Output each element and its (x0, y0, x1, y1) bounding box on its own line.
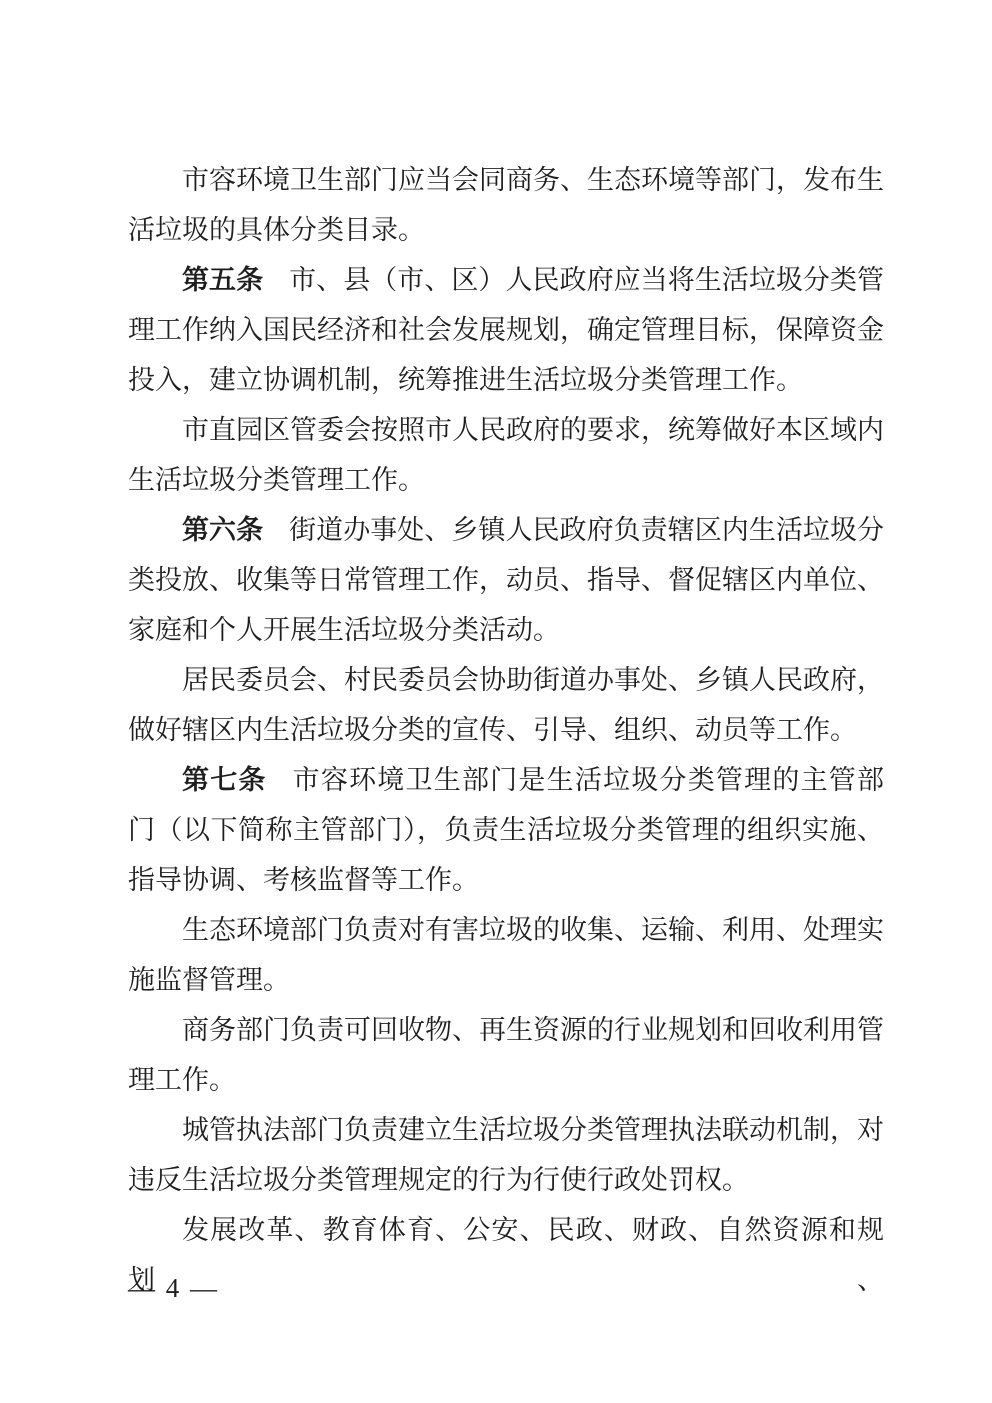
line-text: 投入，建立协调机制，统筹推进生活垃圾分类管理工作。 (128, 365, 803, 395)
line-text: 活垃圾的具体分类目录。 (128, 215, 425, 245)
text-line: 居民委员会、村民委员会协助街道办事处、乡镇人民政府， (128, 655, 884, 705)
text-line: 家庭和个人开展生活垃圾分类活动。 (128, 605, 884, 655)
document-body: 市容环境卫生部门应当会同商务、生态环境等部门，发布生 活垃圾的具体分类目录。 第… (128, 155, 884, 1255)
line-text: 理工作纳入国民经济和社会发展规划，确定管理目标，保障资金 (128, 315, 884, 345)
article-number: 第七条 (182, 765, 267, 795)
line-text: 理工作。 (128, 1065, 236, 1095)
line-text: 市直园区管委会按照市人民政府的要求，统筹做好本区域内 (182, 415, 884, 445)
line-text: 类投放、收集等日常管理工作，动员、指导、督促辖区内单位、 (128, 565, 884, 595)
article-number: 第六条 (182, 515, 263, 545)
text-line: 违反生活垃圾分类管理规定的行为行使行政处罚权。 (128, 1155, 884, 1205)
text-line: 市直园区管委会按照市人民政府的要求，统筹做好本区域内 (128, 405, 884, 455)
text-line: 门（以下简称主管部门），负责生活垃圾分类管理的组织实施、 (128, 805, 884, 855)
line-text: 施监督管理。 (128, 965, 290, 995)
line-text: 家庭和个人开展生活垃圾分类活动。 (128, 615, 560, 645)
line-text: 商务部门负责可回收物、再生资源的行业规划和回收利用管 (182, 1015, 884, 1045)
text-line: 理工作。 (128, 1055, 884, 1105)
line-text: 做好辖区内生活垃圾分类的宣传、引导、组织、动员等工作。 (128, 715, 857, 745)
text-line: 类投放、收集等日常管理工作，动员、指导、督促辖区内单位、 (128, 555, 884, 605)
line-text: 指导协调、考核监督等工作。 (128, 865, 479, 895)
line-text: 发展改革、教育体育、公安、民政、财政、自然资源和规划、 (128, 1215, 884, 1295)
line-text: 违反生活垃圾分类管理规定的行为行使行政处罚权。 (128, 1165, 749, 1195)
text-line: 商务部门负责可回收物、再生资源的行业规划和回收利用管 (128, 1005, 884, 1055)
text-line: 施监督管理。 (128, 955, 884, 1005)
text-line: 第六条街道办事处、乡镇人民政府负责辖区内生活垃圾分 (128, 505, 884, 555)
line-text: 门（以下简称主管部门），负责生活垃圾分类管理的组织实施、 (128, 815, 884, 845)
line-text: 市容环境卫生部门是生活垃圾分类管理的主管部 (293, 765, 884, 795)
line-text: 街道办事处、乡镇人民政府负责辖区内生活垃圾分 (289, 515, 884, 545)
text-line: 做好辖区内生活垃圾分类的宣传、引导、组织、动员等工作。 (128, 705, 884, 755)
article-number: 第五条 (182, 265, 263, 295)
text-line: 发展改革、教育体育、公安、民政、财政、自然资源和规划、 (128, 1205, 884, 1255)
document-page: 市容环境卫生部门应当会同商务、生态环境等部门，发布生 活垃圾的具体分类目录。 第… (0, 0, 992, 1403)
text-line: 城管执法部门负责建立生活垃圾分类管理执法联动机制，对 (128, 1105, 884, 1155)
text-line: 活垃圾的具体分类目录。 (128, 205, 884, 255)
text-line: 指导协调、考核监督等工作。 (128, 855, 884, 905)
text-line: 生活垃圾分类管理工作。 (128, 455, 884, 505)
text-line: 市容环境卫生部门应当会同商务、生态环境等部门，发布生 (128, 155, 884, 205)
text-line: 第七条市容环境卫生部门是生活垃圾分类管理的主管部 (128, 755, 884, 805)
line-text: 城管执法部门负责建立生活垃圾分类管理执法联动机制，对 (182, 1115, 884, 1145)
line-text: 生活垃圾分类管理工作。 (128, 465, 425, 495)
text-line: 第五条市、县（市、区）人民政府应当将生活垃圾分类管 (128, 255, 884, 305)
page-number: — 4 — (128, 1272, 219, 1304)
line-text: 市容环境卫生部门应当会同商务、生态环境等部门，发布生 (182, 165, 884, 195)
line-text: 生态环境部门负责对有害垃圾的收集、运输、利用、处理实 (182, 915, 884, 945)
text-line: 生态环境部门负责对有害垃圾的收集、运输、利用、处理实 (128, 905, 884, 955)
line-text: 市、县（市、区）人民政府应当将生活垃圾分类管 (289, 265, 884, 295)
text-line: 投入，建立协调机制，统筹推进生活垃圾分类管理工作。 (128, 355, 884, 405)
text-line: 理工作纳入国民经济和社会发展规划，确定管理目标，保障资金 (128, 305, 884, 355)
line-text: 居民委员会、村民委员会协助街道办事处、乡镇人民政府， (182, 665, 884, 695)
